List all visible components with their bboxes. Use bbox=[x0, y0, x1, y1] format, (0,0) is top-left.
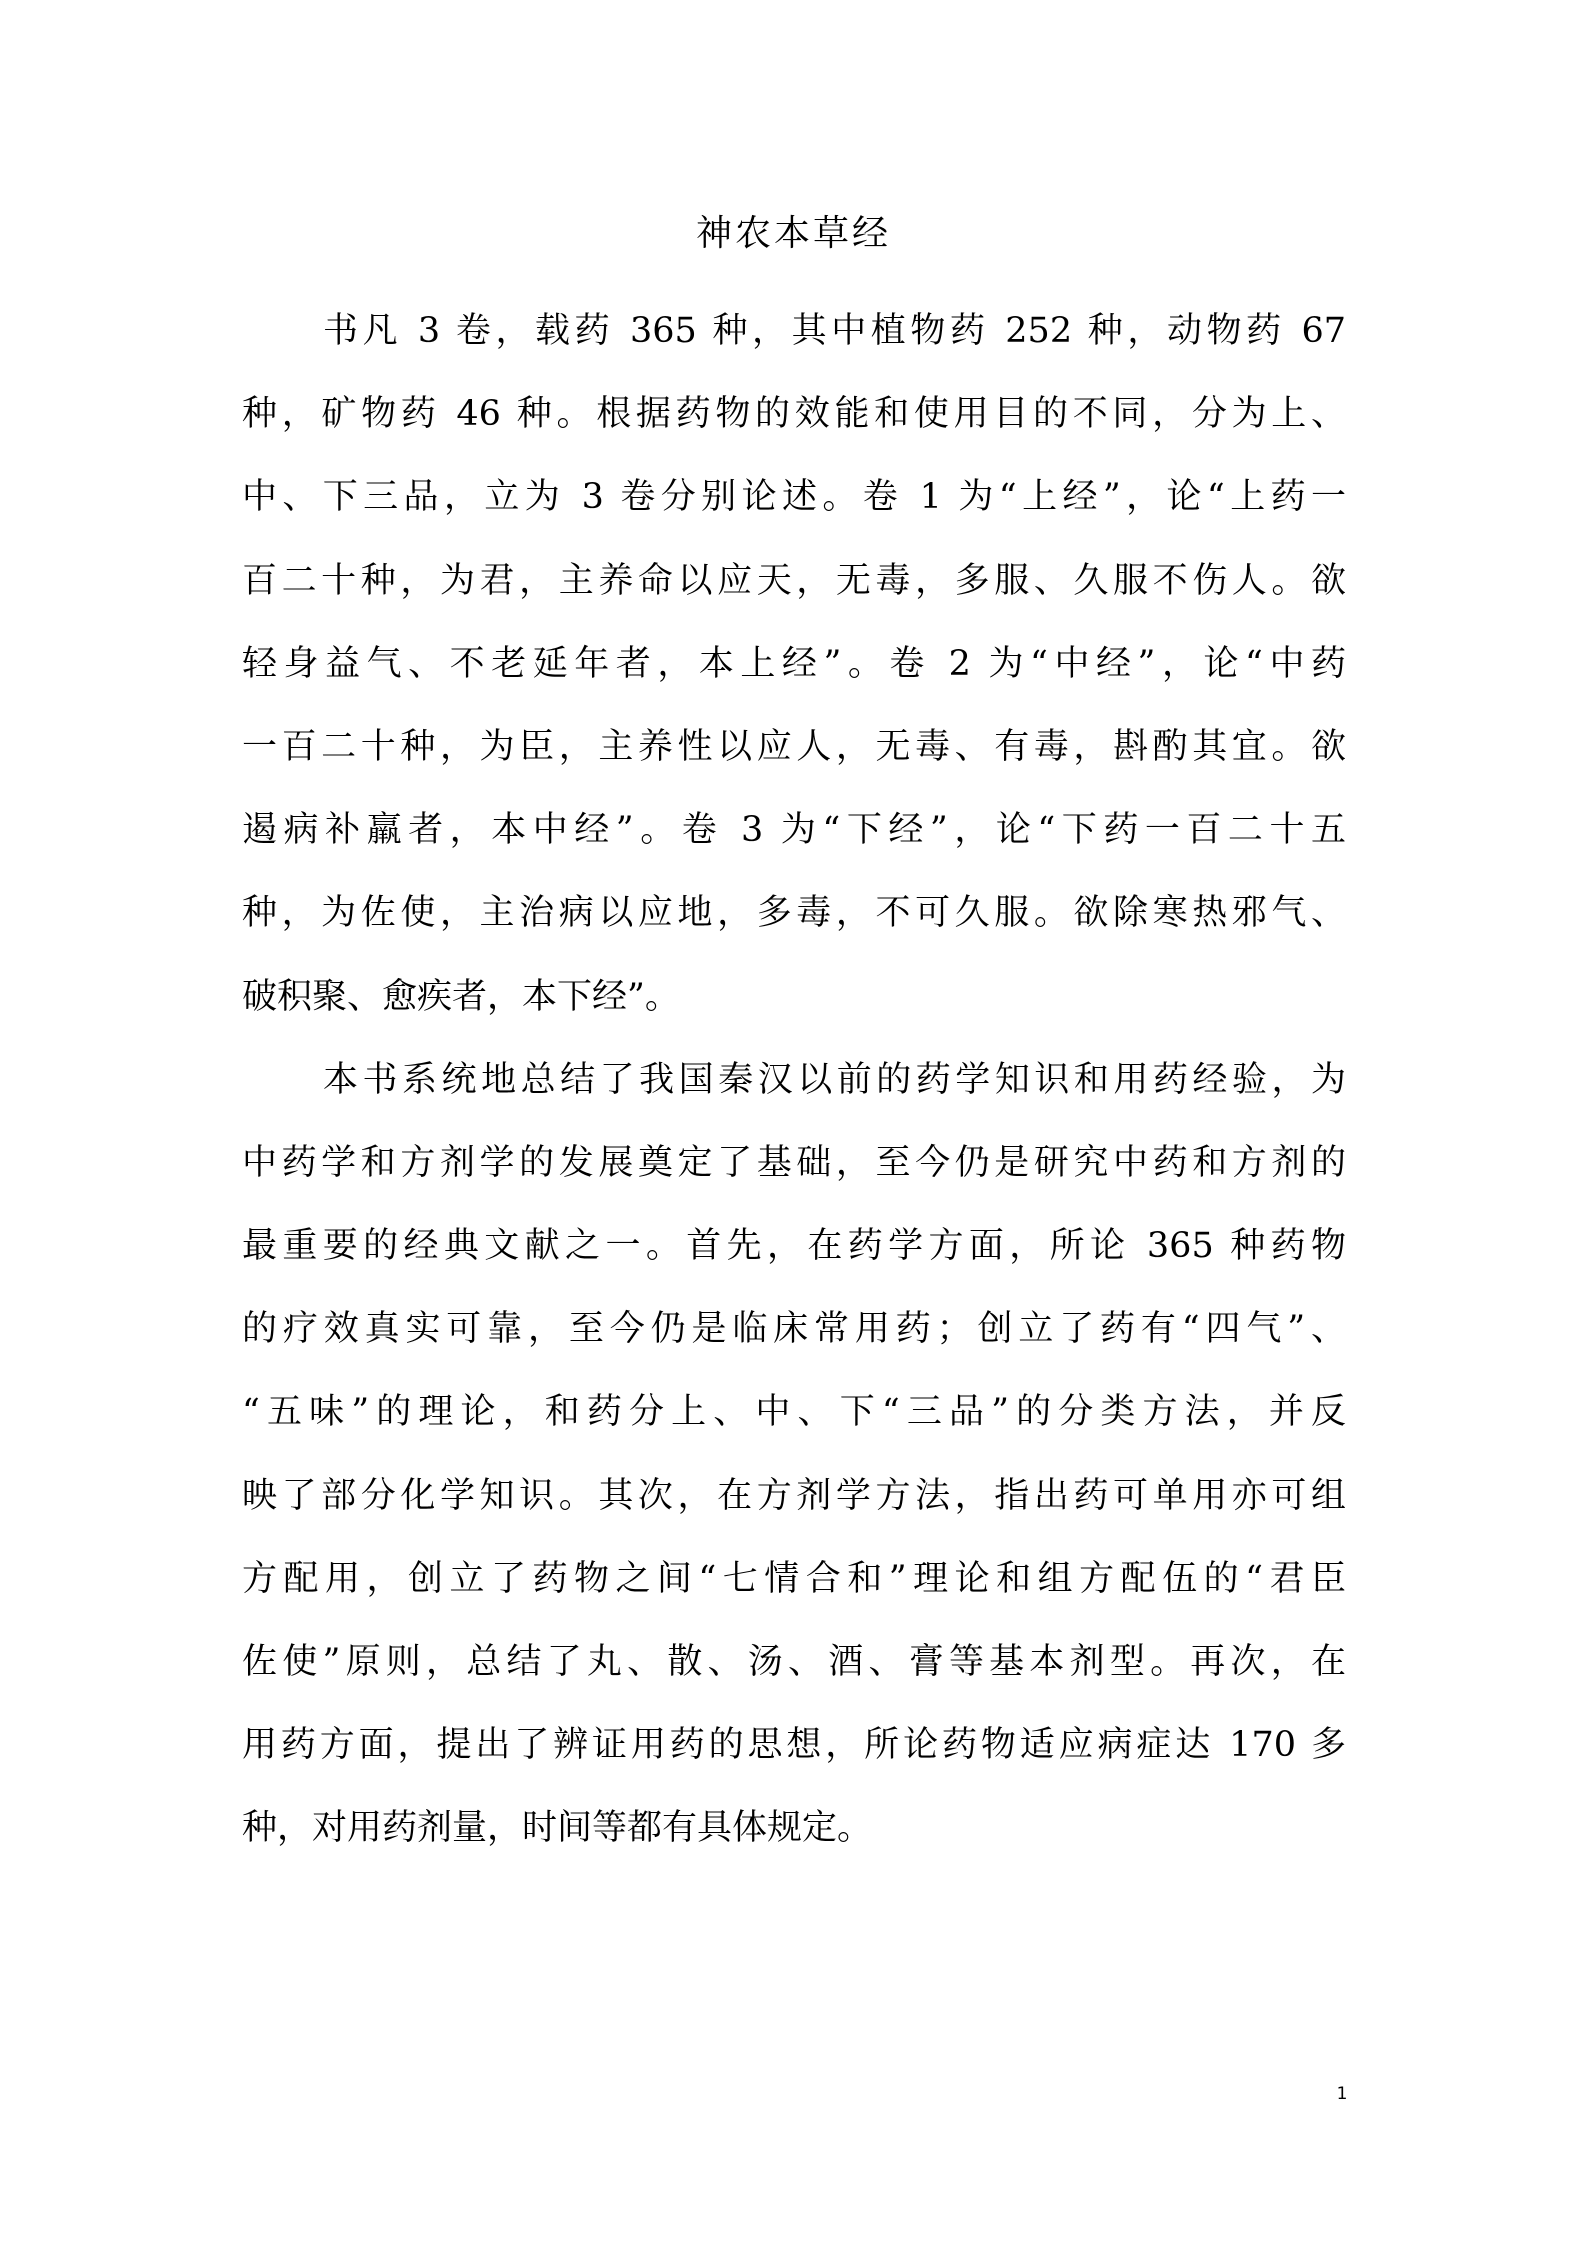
text-line: 佐使”原则，总结了丸、散、汤、酒、膏等基本剂型。再次，在 bbox=[242, 1621, 1346, 1704]
body-text: 书凡 3 卷，载药 365 种，其中植物药 252 种，动物药 67 种，矿物药… bbox=[242, 290, 1346, 1871]
paragraph-2: 本书系统地总结了我国秦汉以前的药学知识和用药经验，为 中药学和方剂学的发展奠定了… bbox=[242, 1039, 1346, 1871]
text-line: 最重要的经典文献之一。首先，在药学方面，所论 365 种药物 bbox=[242, 1205, 1346, 1288]
text-line: 本书系统地总结了我国秦汉以前的药学知识和用药经验，为 bbox=[242, 1039, 1346, 1122]
text-line: 种，矿物药 46 种。根据药物的效能和使用目的不同，分为上、 bbox=[242, 373, 1346, 456]
text-line: 轻身益气、不老延年者，本上经”。卷 2 为“中经”，论“中药 bbox=[242, 623, 1346, 706]
text-line: 方配用，创立了药物之间“七情合和”理论和组方配伍的“君臣 bbox=[242, 1538, 1346, 1621]
text-line: 种，对用药剂量，时间等都有具体规定。 bbox=[242, 1787, 1346, 1870]
text-line: 百二十种，为君，主养命以应天，无毒，多服、久服不伤人。欲 bbox=[242, 540, 1346, 623]
text-line: 破积聚、愈疾者，本下经”。 bbox=[242, 956, 1346, 1039]
text-line: 中、下三品，立为 3 卷分别论述。卷 1 为“上经”，论“上药一 bbox=[242, 456, 1346, 539]
page-title: 神农本草经 bbox=[0, 206, 1587, 262]
text-line: 中药学和方剂学的发展奠定了基础，至今仍是研究中药和方剂的 bbox=[242, 1122, 1346, 1205]
text-line: 书凡 3 卷，载药 365 种，其中植物药 252 种，动物药 67 bbox=[242, 290, 1346, 373]
text-line: 种，为佐使，主治病以应地，多毒，不可久服。欲除寒热邪气、 bbox=[242, 872, 1346, 955]
text-line: “五味”的理论，和药分上、中、下“三品”的分类方法，并反 bbox=[242, 1371, 1346, 1454]
document-page: 神农本草经 书凡 3 卷，载药 365 种，其中植物药 252 种，动物药 67… bbox=[0, 0, 1587, 2245]
page-number: 1 bbox=[1332, 2082, 1352, 2106]
paragraph-1: 书凡 3 卷，载药 365 种，其中植物药 252 种，动物药 67 种，矿物药… bbox=[242, 290, 1346, 1039]
text-line: 遏病补羸者，本中经”。卷 3 为“下经”，论“下药一百二十五 bbox=[242, 789, 1346, 872]
text-line: 映了部分化学知识。其次，在方剂学方法，指出药可单用亦可组 bbox=[242, 1455, 1346, 1538]
text-line: 用药方面，提出了辨证用药的思想，所论药物适应病症达 170 多 bbox=[242, 1704, 1346, 1787]
text-line: 的疗效真实可靠，至今仍是临床常用药；创立了药有“四气”、 bbox=[242, 1288, 1346, 1371]
text-line: 一百二十种，为臣，主养性以应人，无毒、有毒，斟酌其宜。欲 bbox=[242, 706, 1346, 789]
